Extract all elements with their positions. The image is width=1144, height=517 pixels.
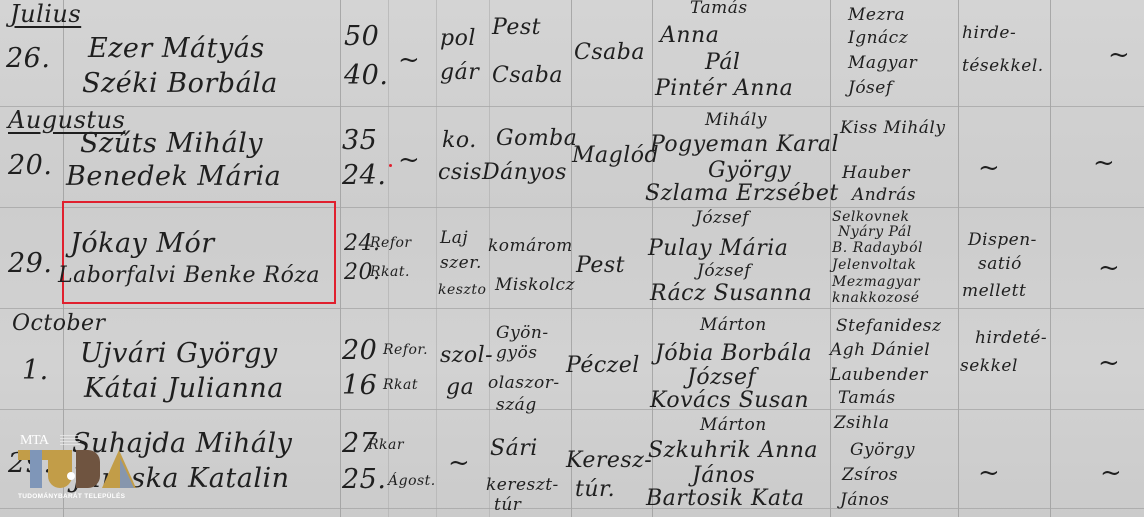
parent-line: Szkuhrik Anna: [648, 440, 818, 462]
witness-line: Hauber: [842, 165, 910, 182]
bride-name: Benedek Mária: [66, 163, 281, 190]
religion-line: Refor.: [383, 343, 428, 357]
ditto-mark: ~: [398, 147, 420, 173]
parent-line: József: [697, 263, 751, 280]
residence-line: Gomba: [496, 128, 577, 150]
marriage-place: Csaba: [574, 42, 645, 64]
parent-line: Pintér Anna: [655, 78, 793, 100]
witness-line: Selkovnek: [832, 210, 909, 224]
marriage-place: Pest: [576, 255, 625, 277]
witness-line: Mezra: [848, 7, 905, 24]
occupation-line: keszto: [438, 283, 486, 297]
residence-line: Dányos: [482, 162, 567, 184]
marriage-place: túr.: [575, 479, 615, 501]
ditto-mark: ~: [398, 47, 420, 73]
witness-line: Stefanidesz: [836, 318, 941, 335]
parent-line: Pogyeman Karal: [650, 134, 839, 156]
witness-line: János: [840, 492, 889, 509]
residence-line: gyös: [496, 345, 537, 362]
bride-name: Laborfalvi Benke Róza: [58, 265, 320, 287]
remark-line: hirde-: [962, 25, 1016, 42]
row-rule: [0, 106, 1144, 107]
residence-line: túr: [494, 497, 521, 514]
parent-line: József: [687, 367, 756, 389]
column-rule: [830, 0, 831, 517]
witness-line: knakkozosé: [832, 291, 920, 305]
witness-line: Magyar: [848, 55, 917, 72]
parent-line: Kovács Susan: [650, 390, 809, 412]
parent-line: Rácz Susanna: [650, 283, 812, 305]
witness-line: Tamás: [838, 390, 896, 407]
groom-name: Ujvári György: [80, 340, 278, 367]
parent-line: János: [692, 465, 755, 487]
occupation-line: csis: [438, 162, 482, 184]
occupation-line: Laj: [440, 230, 468, 247]
bride-age: 40.: [344, 62, 388, 89]
religion-line: Rkat: [383, 378, 418, 392]
remark-line: mellett: [962, 283, 1026, 300]
remark-line: sekkel: [960, 358, 1018, 375]
entry-day: 26.: [6, 45, 50, 72]
ditto-mark: ~: [1108, 42, 1130, 68]
occupation-line: gár: [440, 62, 479, 84]
ditto-mark: ~: [1098, 350, 1120, 376]
row-rule: [0, 409, 1144, 410]
logo-mta-subtext: [60, 435, 80, 447]
entry-day: 20.: [8, 152, 52, 179]
parent-line: Szlama Erzsébet: [645, 183, 839, 205]
ditto-mark: ~: [1100, 460, 1122, 486]
residence-line: kereszt-: [486, 477, 559, 494]
parent-line: Pál: [705, 52, 740, 74]
register-page: Julius 26. Ezer Mátyás Széki Borbála 50 …: [0, 0, 1144, 517]
witness-line: B. Radayból: [832, 241, 923, 255]
religion-line: Ágost.: [388, 474, 436, 488]
occupation-line: szer.: [440, 255, 482, 272]
ditto-mark: ~: [448, 450, 470, 476]
row-rule: [0, 508, 1144, 509]
bride-age: 24.: [342, 162, 386, 189]
bride-age: 16: [342, 372, 377, 399]
bride-age: 25.: [342, 466, 386, 493]
remark-line: hirdeté-: [975, 330, 1047, 347]
row-rule: [0, 308, 1144, 309]
entry-day: 29.: [8, 250, 52, 277]
entry-day: 1.: [22, 357, 49, 384]
column-rule: [571, 0, 572, 517]
witness-line: Zsíros: [842, 467, 898, 484]
witness-line: Nyáry Pál: [838, 225, 912, 239]
witness-line: Kiss Mihály: [840, 120, 945, 137]
parent-line: Tamás: [690, 0, 748, 17]
religion-line: Rkar: [368, 438, 404, 452]
witness-line: Laubender: [830, 367, 928, 384]
occupation-line: szol-: [440, 345, 493, 367]
logo-mta-text: MTA: [20, 433, 49, 449]
parent-line: Mihály: [705, 112, 767, 129]
witness-line: Jelenvoltak: [832, 258, 916, 272]
ditto-mark: ~: [1098, 255, 1120, 281]
parent-line: Jóbia Borbála: [655, 343, 812, 365]
parent-line: Márton: [700, 417, 767, 434]
column-rule: [436, 0, 437, 517]
parent-line: Anna: [660, 25, 719, 47]
occupation-line: pol: [440, 28, 476, 50]
marriage-place: Péczel: [566, 355, 640, 377]
ditto-mark: ~: [978, 460, 1000, 486]
residence-line: komárom: [488, 238, 573, 255]
occupation-line: ko.: [442, 130, 477, 152]
marriage-place: Maglód: [572, 145, 659, 167]
groom-name: Jókay Mór: [70, 230, 215, 257]
ditto-mark: ~: [1093, 150, 1115, 176]
parent-line: József: [695, 210, 749, 227]
witness-line: Agh Dániel: [830, 342, 930, 359]
column-rule: [1050, 0, 1051, 517]
parent-line: György: [708, 160, 791, 182]
groom-age: 20: [342, 337, 377, 364]
remark-line: Dispen-: [968, 232, 1037, 249]
groom-age: 35: [342, 127, 377, 154]
residence-line: szág: [496, 397, 537, 414]
parent-line: Bartosik Kata: [646, 488, 805, 510]
parent-line: Márton: [700, 317, 767, 334]
column-rule: [958, 0, 959, 517]
bride-name: Kátai Julianna: [84, 375, 284, 402]
occupation-line: ga: [446, 377, 474, 399]
religion-line: Rkat.: [370, 265, 410, 279]
logo-tagline: TUDOMÁNYBARÁT TELEPÜLÉS: [18, 493, 125, 500]
groom-name: Ezer Mátyás: [88, 35, 265, 62]
witness-line: Mezmagyar: [832, 275, 920, 289]
parent-line: Pulay Mária: [648, 238, 788, 260]
groom-name: Szűts Mihály: [80, 130, 263, 157]
residence-line: Sári: [490, 438, 538, 460]
witness-line: György: [850, 442, 915, 459]
ditto-mark: ~: [978, 155, 1000, 181]
residence-line: olaszor-: [488, 375, 560, 392]
witness-line: Ignácz: [848, 30, 908, 47]
residence-line: Pest: [492, 17, 541, 39]
marriage-place: Keresz-: [566, 450, 652, 472]
remark-line: tésekkel.: [962, 58, 1044, 75]
residence-line: Gyön-: [496, 325, 549, 342]
witness-line: Jósef: [848, 80, 893, 97]
month-heading: Julius: [10, 2, 81, 26]
residence-line: Csaba: [492, 65, 563, 87]
bride-name: Széki Borbála: [82, 70, 278, 97]
month-heading: October: [12, 313, 106, 335]
witness-line: András: [852, 187, 916, 204]
red-mark: [389, 164, 392, 167]
witness-line: Zsihla: [834, 415, 890, 432]
religion-line: Refor: [370, 236, 412, 250]
groom-age: 50: [344, 23, 379, 50]
remark-line: satió: [978, 256, 1022, 273]
column-rule: [340, 0, 341, 517]
logo-tuba-mark: [18, 450, 136, 488]
mta-tuba-logo: MTA TUDOMÁNYBARÁT TELEPÜLÉS: [18, 433, 136, 511]
residence-line: Miskolcz: [495, 277, 575, 294]
